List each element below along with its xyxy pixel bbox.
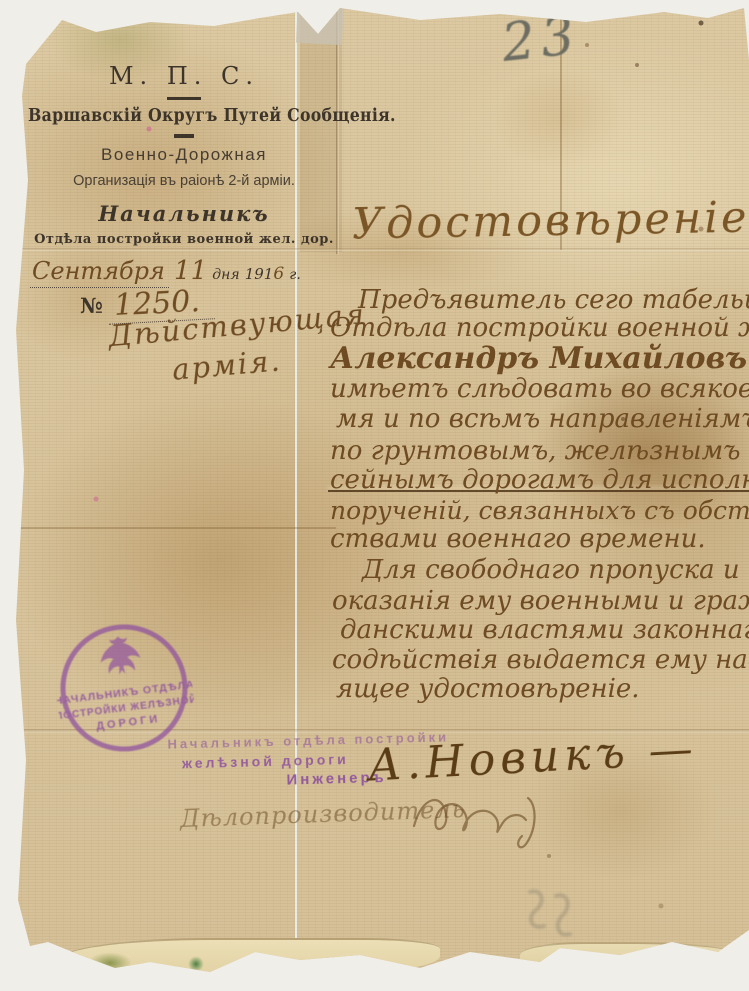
date-day-handwritten: 11 <box>174 256 207 286</box>
green-stain-dot <box>188 956 204 972</box>
ink-specks <box>0 0 2 2</box>
date-printed-dnya: дня <box>212 267 239 283</box>
tape-patch <box>296 0 344 45</box>
body-line: Для свободнаго пропуска и <box>362 555 740 585</box>
body-line: ствами военнаго времени. <box>330 524 706 554</box>
body-line: Предъявитель сего табельщикъ <box>358 285 749 315</box>
letterhead-ministry: М. П. С. <box>28 62 340 90</box>
green-stain-bottom-left <box>88 952 132 974</box>
letterhead-chief-dept: Отдѣла постройки военной жел. дор. <box>28 232 340 247</box>
imperial-eagle-icon <box>98 634 142 677</box>
letterhead-chief-title: Начальникъ <box>28 201 340 226</box>
divider <box>167 97 201 100</box>
date-printed-g: г. <box>289 267 301 283</box>
scanned-document: 23 М. П. С. Варшавскій Округъ Путей Сооб… <box>0 0 749 991</box>
pencil-archival-number: 23 <box>499 6 583 74</box>
body-line: оказанія ему военными и граж- <box>332 586 749 616</box>
letterhead: М. П. С. Варшавскій Округъ Путей Сообщен… <box>28 62 340 247</box>
clerk-signature-scribble <box>408 778 558 858</box>
pencil-smudge-bottom <box>512 882 592 962</box>
date-printed-year: 191 <box>245 265 274 283</box>
document-title: Удостовѣреніе. <box>352 192 749 249</box>
body-line: Отдѣла постройки военной ж. д: <box>330 313 749 343</box>
body-line: содѣйствія выдается ему насто- <box>332 645 749 675</box>
army-note-line2: армія. <box>171 343 283 386</box>
body-line: мя и по всѣмъ направленіямъ <box>336 404 749 434</box>
body-line: данскими властями законнаго <box>340 615 749 645</box>
letterhead-district: Варшавскій Округъ Путей Сообщенія. <box>28 106 340 126</box>
bottom-fold-flap <box>60 938 440 974</box>
letterhead-org-line2: Организація въ раіонѣ 2-й арміи. <box>28 173 340 189</box>
date-year-digit-handwritten: 6 <box>273 264 284 284</box>
paper-sheet: 23 М. П. С. Варшавскій Округъ Путей Сооб… <box>0 0 749 991</box>
body-line: по грунтовымъ, желѣзнымъ и шос- <box>330 436 749 466</box>
fold-line-horizontal-middle-left <box>0 527 336 529</box>
body-line: порученій, связанныхъ съ обстоятель- <box>330 496 749 525</box>
date-month-handwritten: Сентября <box>30 257 169 288</box>
divider <box>174 134 194 138</box>
body-line-bearer-name: Александръ Михайловъ Добржанскій <box>330 341 749 376</box>
letterhead-org-line1: Военно-Дорожная <box>28 145 340 165</box>
number-sign: № <box>80 293 103 318</box>
date-line: Сентября 11 дня 1916 г. <box>30 256 301 286</box>
body-line: ящее удостовѣреніе. <box>336 674 640 704</box>
body-line: сейнымъ дорогамъ для исполненія <box>330 465 749 495</box>
body-line: имѣетъ слѣдовать во всякое вре- <box>330 374 749 404</box>
